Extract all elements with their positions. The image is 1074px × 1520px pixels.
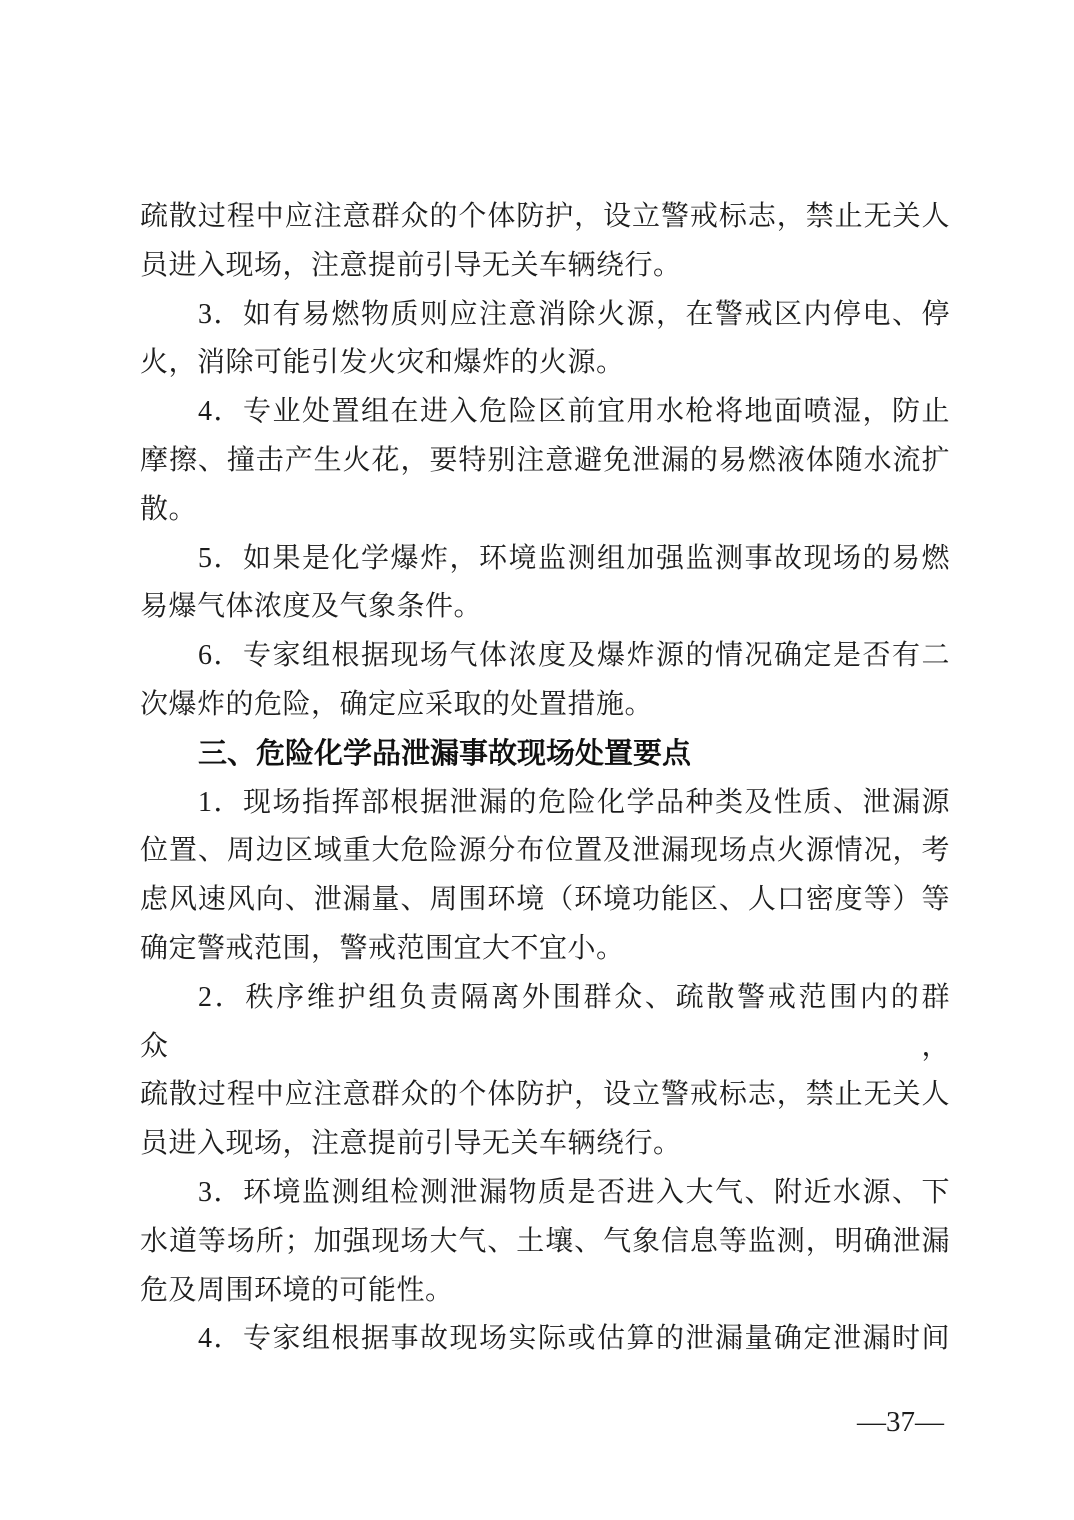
text-line: 危及周围环境的可能性。 (140, 1267, 950, 1316)
text-line: 3．如有易燃物质则应注意消除火源，在警戒区内停电、停 (140, 291, 950, 340)
text-line: 3．环境监测组检测泄漏物质是否进入大气、附近水源、下 (140, 1169, 950, 1218)
document-body: 疏散过程中应注意群众的个体防护，设立警戒标志，禁止无关人员进入现场，注意提前引导… (140, 193, 950, 1364)
document-page: 疏散过程中应注意群众的个体防护，设立警戒标志，禁止无关人员进入现场，注意提前引导… (0, 0, 1074, 1520)
text-line: 员进入现场，注意提前引导无关车辆绕行。 (140, 1120, 950, 1169)
text-line: 4．专业处置组在进入危险区前宜用水枪将地面喷湿，防止 (140, 388, 950, 437)
section-heading: 三、危险化学品泄漏事故现场处置要点 (140, 730, 950, 779)
text-line: 次爆炸的危险，确定应采取的处置措施。 (140, 681, 950, 730)
text-line: 水道等场所；加强现场大气、土壤、气象信息等监测，明确泄漏 (140, 1218, 950, 1267)
text-line: 摩擦、撞击产生火花，要特别注意避免泄漏的易燃液体随水流扩 (140, 437, 950, 486)
text-line: 位置、周边区域重大危险源分布位置及泄漏现场点火源情况，考 (140, 827, 950, 876)
text-line: 疏散过程中应注意群众的个体防护，设立警戒标志，禁止无关人 (140, 1071, 950, 1120)
text-line: 1．现场指挥部根据泄漏的危险化学品种类及性质、泄漏源 (140, 779, 950, 828)
text-line: 散。 (140, 486, 950, 535)
page-number: —37— (857, 1405, 944, 1439)
text-line: 疏散过程中应注意群众的个体防护，设立警戒标志，禁止无关人 (140, 193, 950, 242)
text-line: 2．秩序维护组负责隔离外围群众、疏散警戒范围内的群众， (140, 974, 950, 1072)
text-line: 确定警戒范围，警戒范围宜大不宜小。 (140, 925, 950, 974)
text-line: 6．专家组根据现场气体浓度及爆炸源的情况确定是否有二 (140, 632, 950, 681)
text-line: 员进入现场，注意提前引导无关车辆绕行。 (140, 242, 950, 291)
text-line: 虑风速风向、泄漏量、周围环境（环境功能区、人口密度等）等 (140, 876, 950, 925)
text-line: 易爆气体浓度及气象条件。 (140, 583, 950, 632)
text-line: 5．如果是化学爆炸，环境监测组加强监测事故现场的易燃 (140, 535, 950, 584)
text-line: 4．专家组根据事故现场实际或估算的泄漏量确定泄漏时间 (140, 1315, 950, 1364)
text-line: 火，消除可能引发火灾和爆炸的火源。 (140, 339, 950, 388)
